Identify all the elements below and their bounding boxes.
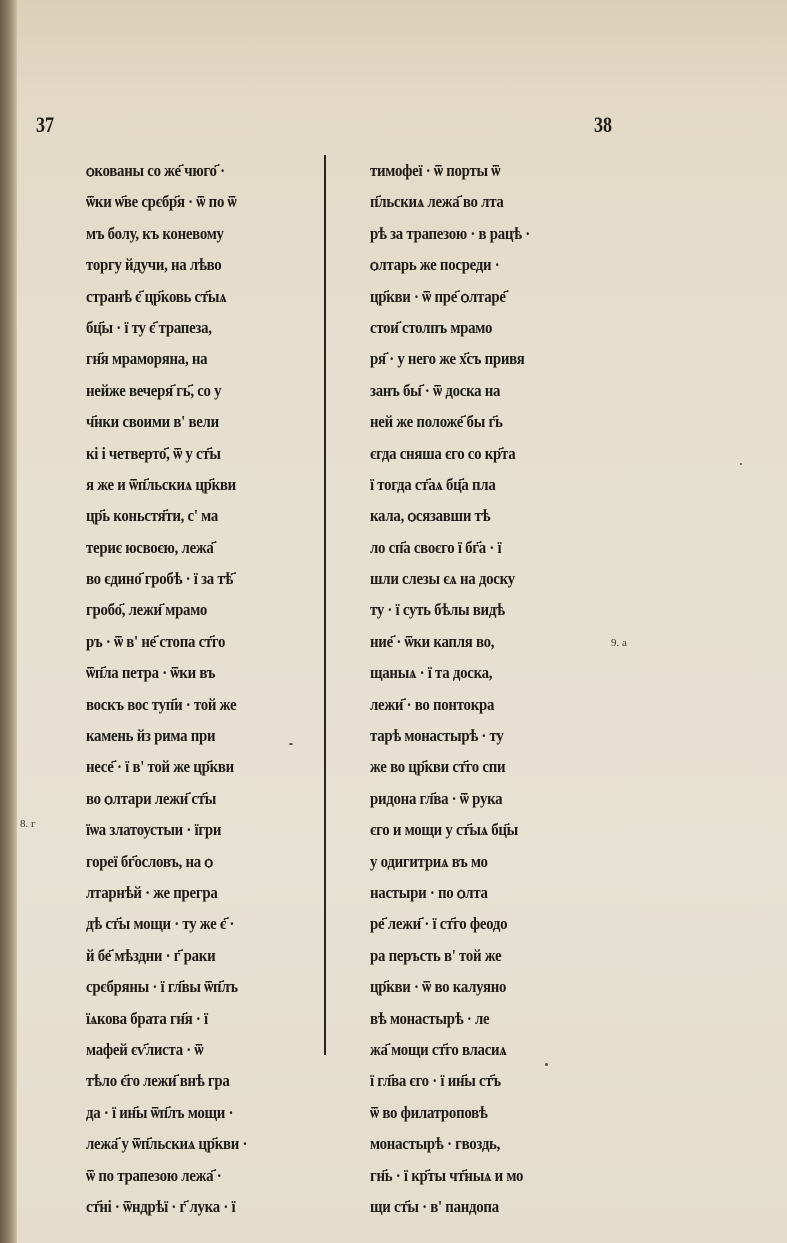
text-line: цр҃ь коньстя҃ти, с' ма — [86, 500, 247, 531]
column-divider — [324, 155, 326, 1055]
text-line: воскъ вос туп҃и · той же — [86, 689, 247, 720]
text-line: дѣ ст҃ы мощи · ту же є҃ · — [86, 908, 247, 939]
text-line: занъ бы҃ · ѿ доска на — [370, 375, 530, 406]
text-line: й бе҃ мѣздни · г҃ раки — [86, 940, 247, 971]
text-line: тѣло є҃го лежи҃ внѣ гра — [86, 1065, 247, 1096]
text-line: цр҃кви · ѿ пре҃ ѻлтаре҃ — [370, 281, 530, 312]
text-line: гробо҃, лежи҃ мрамо — [86, 594, 247, 625]
paper-speck — [545, 1063, 548, 1066]
margin-note-left: 8. г — [20, 818, 36, 830]
text-line: же во цр҃кви ст҃го спи — [370, 751, 530, 782]
text-line: ч҃нки своими в' вели — [86, 406, 247, 437]
text-line: во ѻлтари лежи҃ ст҃ы — [86, 783, 247, 814]
text-line: ту · ї суть бѣлы видѣ — [370, 594, 530, 625]
text-line: гн҃ь · ї кр҃ты чт҃ныѧ и мо — [370, 1160, 530, 1191]
text-line: тимофеї · ѿ порты ѿ — [370, 155, 530, 186]
text-line: торгу йдучи, на лѣво — [86, 249, 247, 280]
text-line: мъ болу, къ коневому — [86, 218, 247, 249]
text-line: лтарнѣй · же прегра — [86, 877, 247, 908]
text-line: тарѣ монастырѣ · ту — [370, 720, 530, 751]
text-line: ѿп҃ла петра · ѿки въ — [86, 657, 247, 688]
text-line: ре҃ лежи҃ · ї ст҃го феодо — [370, 908, 530, 939]
text-line: ръ · ѿ в' не҃ стопа ст҃го — [86, 626, 247, 657]
text-line: єгда сняша єго со кр҃та — [370, 438, 530, 469]
text-line: несе҃ · ї в' той же цр҃кви — [86, 751, 247, 782]
book-binding-edge — [0, 0, 17, 1243]
text-line: лежа҃ у ѿп҃льскиѧ цр҃кви · — [86, 1128, 247, 1159]
text-line: ѿ во филатроповѣ — [370, 1097, 530, 1128]
text-line: єго и мощи у ст҃ыѧ бц҃ы — [370, 814, 530, 845]
text-line: нейже вечеря҃ гь҃, со у — [86, 375, 247, 406]
text-line: щи ст҃ы · в' пандопа — [370, 1191, 530, 1222]
text-line: камень йз рима при — [86, 720, 247, 751]
text-line: кала, ѻсязавши тѣ — [370, 500, 530, 531]
right-text-column: тимофеї · ѿ порты ѿп҃льскиѧ лежа҃ во лта… — [370, 155, 548, 1222]
text-line: їѡа златоустыи · їгри — [86, 814, 247, 845]
text-line: ло сп҃а своєго ї бг҃а · ї — [370, 532, 530, 563]
page-number-left: 37 — [36, 112, 54, 138]
text-line: настыри · по ѻлта — [370, 877, 530, 908]
text-line: ра перъсть в' той же — [370, 940, 530, 971]
text-line: гн҃я мраморяна, на — [86, 343, 247, 374]
text-line: жа҃ мощи ст҃го власиѧ — [370, 1034, 530, 1065]
text-line: мафей єѵ҃листа · ѿ — [86, 1034, 247, 1065]
text-line: цр҃кви · ѿ во калуяно — [370, 971, 530, 1002]
text-line: ря҃ · у него же х҃съ привя — [370, 343, 530, 374]
text-line: во єдино҃ гробѣ · ї за тѣ҃ — [86, 563, 247, 594]
text-line: кі і четверто҃, ѿ у ст҃ы — [86, 438, 247, 469]
text-line: странѣ є҃ цр҃ковь ст҃ыѧ — [86, 281, 247, 312]
text-line: я же и ѿп҃льскиѧ цр҃кви — [86, 469, 247, 500]
text-line: ст҃ні · ѿндрѣї · г҃ лука · ї — [86, 1191, 247, 1222]
text-line: териє юсвоєю, лежа҃ — [86, 532, 247, 563]
text-line: у одигитриѧ въ мо — [370, 846, 530, 877]
text-line: рѣ за трапезою · в рацѣ · — [370, 218, 530, 249]
text-line: стои҃ столпъ мрамо — [370, 312, 530, 343]
text-line: монастырѣ · гвоздь, — [370, 1128, 530, 1159]
page-number-right: 38 — [594, 112, 612, 138]
text-line: вѣ монастырѣ · ле — [370, 1003, 530, 1034]
text-line: ї гл҃ва єго · ї ин҃ы ст҃ъ — [370, 1065, 530, 1096]
text-line: ѿки ѡ҃ве срєбр҃я · ѿ по ѿ — [86, 186, 247, 217]
paper-speck — [289, 743, 293, 745]
text-line: лежи҃ · во понтокра — [370, 689, 530, 720]
text-line: ней же положе҃ бы г҃ь — [370, 406, 530, 437]
text-line: гореї бг҃ословъ, на ѻ — [86, 846, 247, 877]
text-line: ѻлтарь же посреди · — [370, 249, 530, 280]
text-line: п҃льскиѧ лежа҃ во лта — [370, 186, 530, 217]
text-line: їѧкова брата гн҃я · ї — [86, 1003, 247, 1034]
text-line: срєбряны · ї гл҃вы ѿп҃лъ — [86, 971, 247, 1002]
text-line: ние҃ · ѿки капля во, — [370, 626, 530, 657]
text-line: щаныѧ · ї та доска, — [370, 657, 530, 688]
text-line: ѿ по трапезою лежа҃ · — [86, 1160, 247, 1191]
text-line: ридона гл҃ва · ѿ рука — [370, 783, 530, 814]
text-line: ї тогда ст҃аѧ бц҃а пла — [370, 469, 530, 500]
left-text-column: ѻкованы со же҃ чюго҃ ·ѿки ѡ҃ве срєбр҃я ·… — [86, 155, 265, 1222]
text-line: бц҃ы · ї ту є҃ трапеза, — [86, 312, 247, 343]
text-line: шли слезы єѧ на доску — [370, 563, 530, 594]
text-line: да · ї ин҃ы ѿп҃лъ мощи · — [86, 1097, 247, 1128]
text-line: ѻкованы со же҃ чюго҃ · — [86, 155, 247, 186]
margin-note-right: 9. а — [611, 637, 627, 649]
paper-speck — [740, 463, 742, 465]
